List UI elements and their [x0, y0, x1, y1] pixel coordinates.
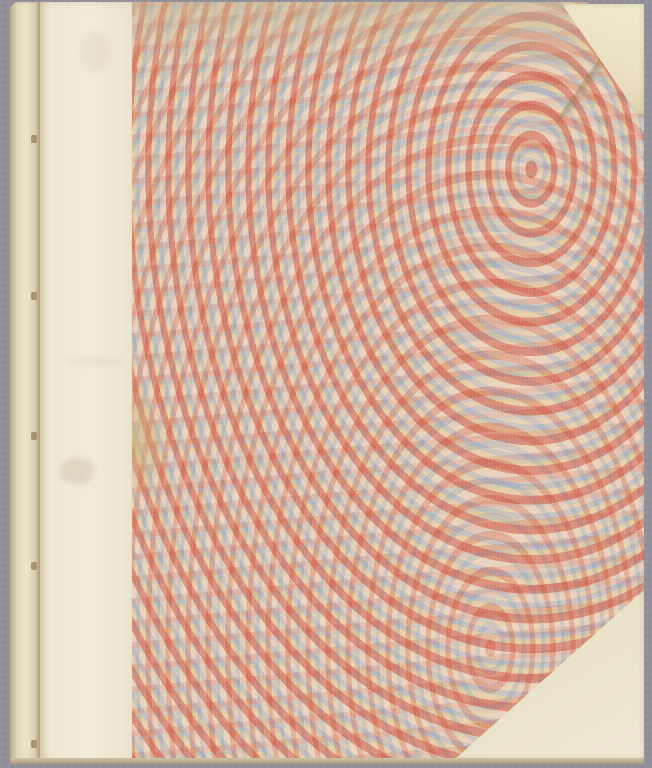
spine-tie [31, 292, 37, 300]
spine-tie [31, 740, 37, 748]
stain [80, 32, 110, 72]
spine-tie [31, 432, 37, 440]
vellum-spine-strip [40, 2, 140, 762]
book-spine [10, 2, 40, 762]
stain [60, 457, 95, 485]
worn-patch [132, 382, 172, 502]
spine-tie [31, 135, 37, 143]
book-bottom-edge [10, 758, 644, 764]
book-cover [10, 2, 648, 764]
stain [65, 357, 120, 365]
spine-tie [31, 562, 37, 570]
